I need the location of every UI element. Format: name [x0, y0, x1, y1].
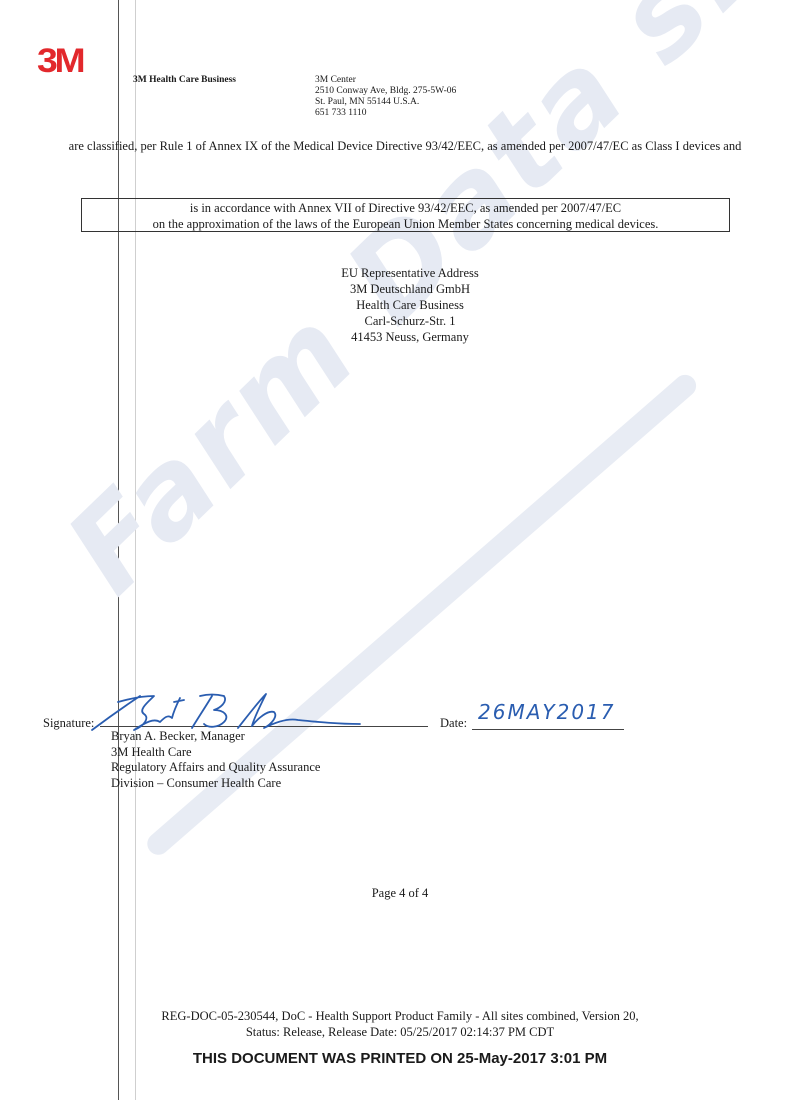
date-line — [472, 729, 624, 730]
printed-notice: THIS DOCUMENT WAS PRINTED ON 25-May-2017… — [0, 1050, 800, 1067]
business-name: 3M Health Care Business — [133, 75, 236, 85]
document-reference: REG-DOC-05-230544, DoC - Health Support … — [100, 1008, 700, 1040]
signer-details: Bryan A. Becker, Manager 3M Health Care … — [111, 729, 320, 791]
eu-address-line: 3M Deutschland GmbH — [300, 281, 520, 297]
page-number: Page 4 of 4 — [0, 886, 800, 901]
eu-address-line: 41453 Neuss, Germany — [300, 329, 520, 345]
company-address: 3M Center 2510 Conway Ave, Bldg. 275-5W-… — [315, 75, 456, 119]
address-line: 3M Center — [315, 75, 456, 86]
conformity-line: on the approximation of the laws of the … — [82, 216, 729, 232]
eu-address-line: EU Representative Address — [300, 265, 520, 281]
signer-line: Division – Consumer Health Care — [111, 776, 320, 792]
eu-address-line: Carl-Schurz-Str. 1 — [300, 313, 520, 329]
address-line: St. Paul, MN 55144 U.S.A. — [315, 97, 456, 108]
eu-address-line: Health Care Business — [300, 297, 520, 313]
classification-statement: are classified, per Rule 1 of Annex IX o… — [60, 138, 750, 154]
signature-label: Signature: — [43, 716, 94, 731]
3m-logo: 3M — [37, 44, 82, 78]
handwritten-date: 26MAY2017 — [478, 700, 616, 724]
signer-line: 3M Health Care — [111, 745, 320, 761]
reference-line: REG-DOC-05-230544, DoC - Health Support … — [100, 1008, 700, 1024]
date-label: Date: — [440, 716, 467, 731]
address-line: 651 733 1110 — [315, 108, 456, 119]
conformity-line: is in accordance with Annex VII of Direc… — [82, 200, 729, 216]
eu-representative-address: EU Representative Address 3M Deutschland… — [300, 265, 520, 345]
signer-line: Bryan A. Becker, Manager — [111, 729, 320, 745]
reference-line: Status: Release, Release Date: 05/25/201… — [100, 1024, 700, 1040]
address-line: 2510 Conway Ave, Bldg. 275-5W-06 — [315, 86, 456, 97]
signer-line: Regulatory Affairs and Quality Assurance — [111, 760, 320, 776]
conformity-box: is in accordance with Annex VII of Direc… — [81, 198, 730, 232]
